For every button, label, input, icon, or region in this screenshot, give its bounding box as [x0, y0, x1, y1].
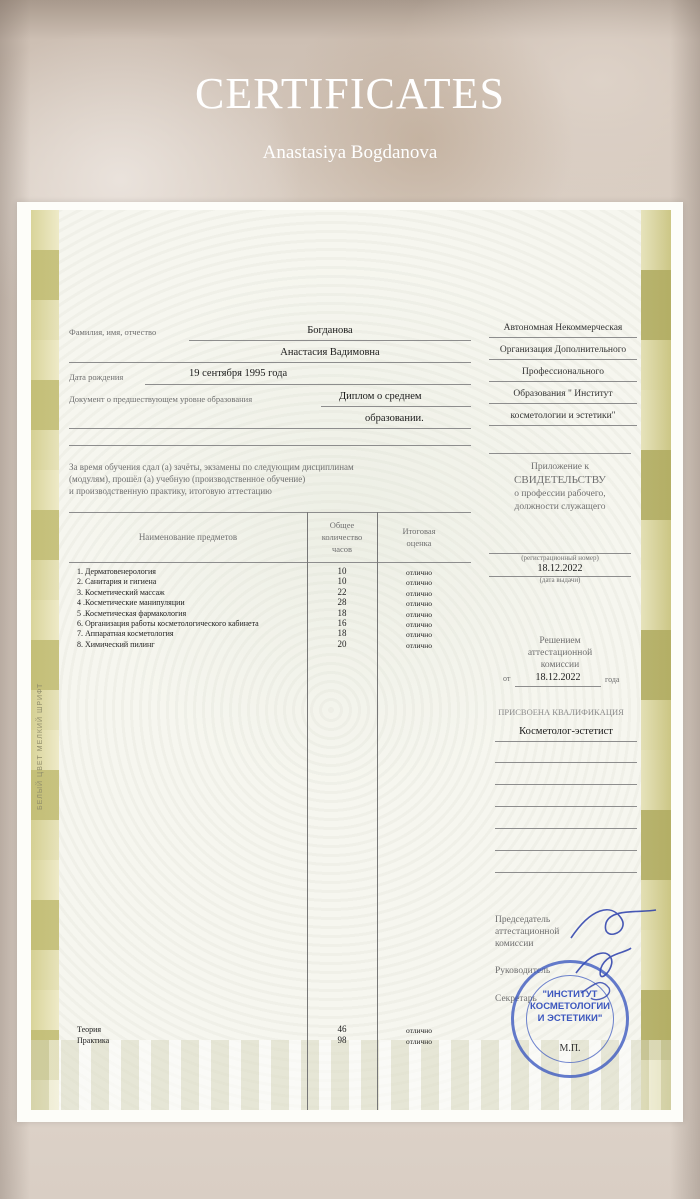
- header-grade-2: оценка: [377, 538, 461, 548]
- decision-date-line: [515, 686, 601, 687]
- table-row-grade: отлично: [377, 641, 461, 650]
- totals-row-hours: 46: [307, 1024, 377, 1034]
- blank-line: [495, 784, 637, 785]
- stamp-line-3: И ЭСТЕТИКИ": [514, 1013, 626, 1025]
- chair-label-1: Председатель: [495, 915, 550, 925]
- header-hours-3: часов: [307, 544, 377, 554]
- blank-underline: [69, 445, 471, 446]
- prev-doc-label: Документ о предшествующем уровне образов…: [69, 394, 252, 404]
- side-microtext: БЕЛЫЙ ЦВЕТ МЕЛКИЙ ШРИФТ: [37, 570, 51, 810]
- table-header-border: [69, 562, 471, 563]
- qualification-value: Косметолог-эстетист: [495, 726, 637, 737]
- page-subtitle: Anastasiya Bogdanova: [0, 142, 700, 164]
- org-underline: [489, 403, 637, 404]
- table-row-subject: 7. Аппаратная косметология: [77, 629, 174, 638]
- chair-label-2: аттестационной: [495, 927, 559, 937]
- header-subject: Наименование предметов: [69, 532, 307, 542]
- qualification-label: ПРИСВОЕНА КВАЛИФИКАЦИЯ: [481, 707, 641, 717]
- table-row-grade: отлично: [377, 599, 461, 608]
- qualification-line: [495, 741, 637, 742]
- table-row-hours: 20: [307, 639, 377, 649]
- header-grade-1: Итоговая: [377, 526, 461, 536]
- table-row-hours: 10: [307, 566, 377, 576]
- header-hours-1: Общее: [307, 520, 377, 530]
- prev-doc-line1: Диплом о среднем: [339, 391, 422, 402]
- table-row-hours: 18: [307, 628, 377, 638]
- appendix-line-3: о профессии рабочего,: [489, 489, 631, 499]
- table-row-hours: 10: [307, 576, 377, 586]
- header-hours-2: количество: [307, 532, 377, 542]
- table-row-hours: 18: [307, 608, 377, 618]
- given-names-underline: [69, 362, 471, 363]
- issue-date-label: (дата выдачи): [489, 576, 631, 584]
- stamp-line-2: КОСМЕТОЛОГИИ: [514, 1001, 626, 1013]
- table-row-hours: 22: [307, 587, 377, 597]
- name-underline: [189, 340, 471, 341]
- stamp-line-1: "ИНСТИТУТ: [514, 989, 626, 1001]
- table-row-subject: 2. Санитария и гигиена: [77, 577, 156, 586]
- table-row-subject: 3. Косметический массаж: [77, 588, 165, 597]
- table-row-subject: 4 .Косметические манипуляции: [77, 598, 185, 607]
- dob-value: 19 сентября 1995 года: [189, 368, 287, 379]
- dob-label: Дата рождения: [69, 372, 123, 382]
- table-row-grade: отлично: [377, 568, 461, 577]
- table-row-grade: отлично: [377, 610, 461, 619]
- blank-line: [495, 806, 637, 807]
- table-row-hours: 16: [307, 618, 377, 628]
- table-row-grade: отлично: [377, 589, 461, 598]
- blank-line: [495, 872, 637, 873]
- prev-doc-line2: образовании.: [365, 413, 424, 424]
- issue-date: 18.12.2022: [489, 563, 631, 574]
- table-row-subject: 6. Организация работы косметологического…: [77, 619, 259, 628]
- official-stamp: "ИНСТИТУТ КОСМЕТОЛОГИИ И ЭСТЕТИКИ" М.П.: [511, 960, 629, 1078]
- org-underline: [489, 359, 637, 360]
- appendix-line-1: Приложение к: [489, 462, 631, 472]
- table-row-subject: 1. Дерматовенерология: [77, 567, 156, 576]
- org-line: Профессионального: [483, 367, 643, 377]
- org-underline: [489, 425, 637, 426]
- page-title: CERTIFICATES: [0, 68, 700, 119]
- name-label: Фамилия, имя, отчество: [69, 327, 156, 337]
- table-row-grade: отлично: [377, 620, 461, 629]
- blank-line: [495, 762, 637, 763]
- table-row-hours: 28: [307, 597, 377, 607]
- table-row-subject: 5 .Косметическая фармакология: [77, 609, 186, 618]
- totals-row-hours: 98: [307, 1035, 377, 1045]
- org-underline: [489, 337, 637, 338]
- chair-label-3: комиссии: [495, 939, 533, 949]
- table-top-border: [69, 512, 471, 513]
- org-line: Образования " Институт: [483, 389, 643, 399]
- stamp-mp: М.П.: [514, 1043, 626, 1054]
- dob-underline: [145, 384, 471, 385]
- surname-value: Богданова: [189, 325, 471, 336]
- reg-number-label: (регистрационный номер): [489, 554, 631, 562]
- totals-row-grade: отлично: [377, 1037, 461, 1046]
- decision-line-3: комиссии: [489, 660, 631, 670]
- appendix-top-line: [489, 453, 631, 454]
- org-line: Организация Дополнительного: [483, 345, 643, 355]
- year-label: года: [605, 675, 619, 684]
- org-underline: [489, 381, 637, 382]
- blank-line: [495, 850, 637, 851]
- given-names-value: Анастасия Вадимовна: [189, 347, 471, 358]
- prev-doc-underline-2: [69, 428, 471, 429]
- from-label: от: [503, 674, 510, 683]
- table-row-grade: отлично: [377, 578, 461, 587]
- intro-line-3: и производственную практику, итоговую ат…: [69, 486, 272, 496]
- intro-line-1: За время обучения сдал (а) зачёты, экзам…: [69, 462, 354, 472]
- totals-row-grade: отлично: [377, 1026, 461, 1035]
- blank-line: [495, 828, 637, 829]
- totals-row-subject: Практика: [77, 1036, 109, 1045]
- intro-line-2: (модулям), прошёл (а) учебную (производс…: [69, 474, 305, 484]
- table-row-subject: 8. Химический пилинг: [77, 640, 155, 649]
- prev-doc-underline: [321, 406, 471, 407]
- totals-row-subject: Теория: [77, 1025, 101, 1034]
- decision-line-2: аттестационной: [489, 648, 631, 658]
- appendix-line-2: СВИДЕТЕЛЬСТВУ: [489, 474, 631, 486]
- table-row-grade: отлично: [377, 630, 461, 639]
- org-line: косметологии и эстетики": [483, 411, 643, 421]
- decision-line-1: Решением: [489, 636, 631, 646]
- stamp-text: "ИНСТИТУТ КОСМЕТОЛОГИИ И ЭСТЕТИКИ": [514, 989, 626, 1025]
- certificate-image: БЕЛЫЙ ЦВЕТ МЕЛКИЙ ШРИФТ Фамилия, имя, от…: [17, 202, 683, 1122]
- org-line: Автономная Некоммерческая: [483, 323, 643, 333]
- decision-date: 18.12.2022: [515, 672, 601, 683]
- certificate-document: БЕЛЫЙ ЦВЕТ МЕЛКИЙ ШРИФТ Фамилия, имя, от…: [31, 210, 671, 1110]
- appendix-line-4: должности служащего: [489, 502, 631, 512]
